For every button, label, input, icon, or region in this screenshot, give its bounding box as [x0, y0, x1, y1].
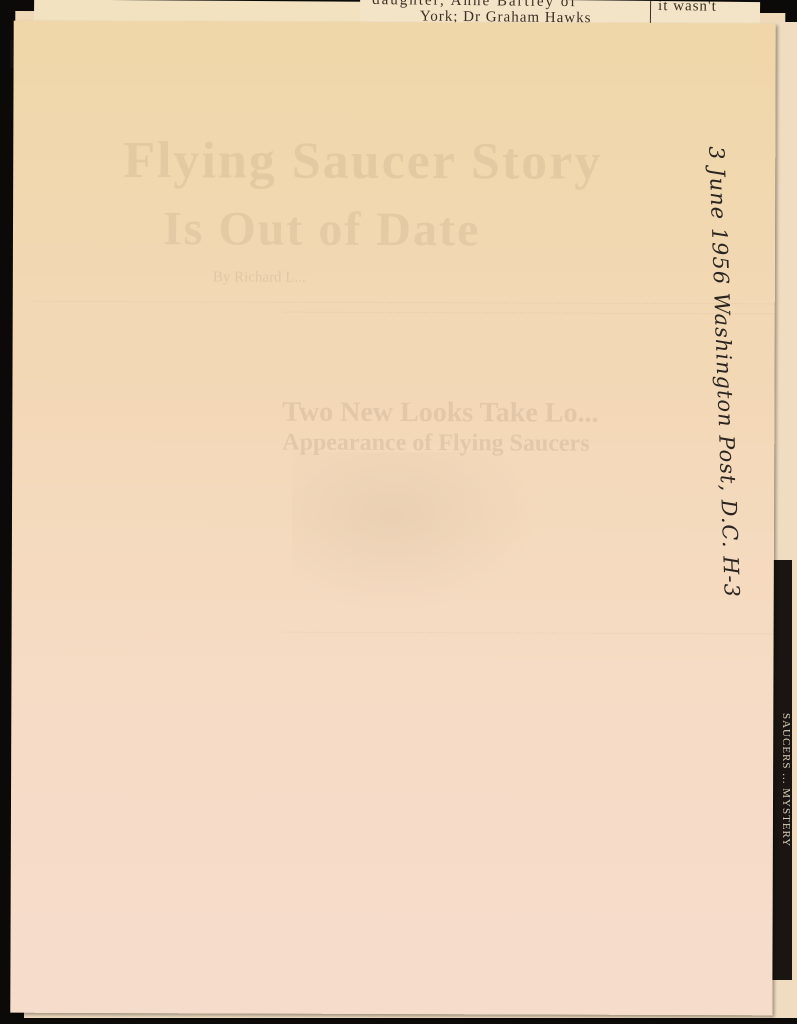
- column-rule: [650, 1, 651, 25]
- bleed-through-column: ........................................…: [30, 291, 262, 992]
- bleed-through-column: ........................................…: [282, 302, 512, 393]
- bleed-through-subhead: Two New Looks Take Lo...: [282, 397, 598, 430]
- document-page: Flying Saucer Story Is Out of Date By Ri…: [10, 21, 775, 1016]
- bleed-through-photo: [292, 452, 543, 613]
- bleed-through-headline: Flying Saucer Story: [123, 131, 602, 192]
- bleed-through-headline: Is Out of Date: [163, 201, 481, 257]
- bleed-through-column: ........................................…: [280, 622, 511, 973]
- clipping-text: it wasn't: [658, 0, 717, 16]
- bleed-through-byline: By Richard L...: [213, 269, 306, 286]
